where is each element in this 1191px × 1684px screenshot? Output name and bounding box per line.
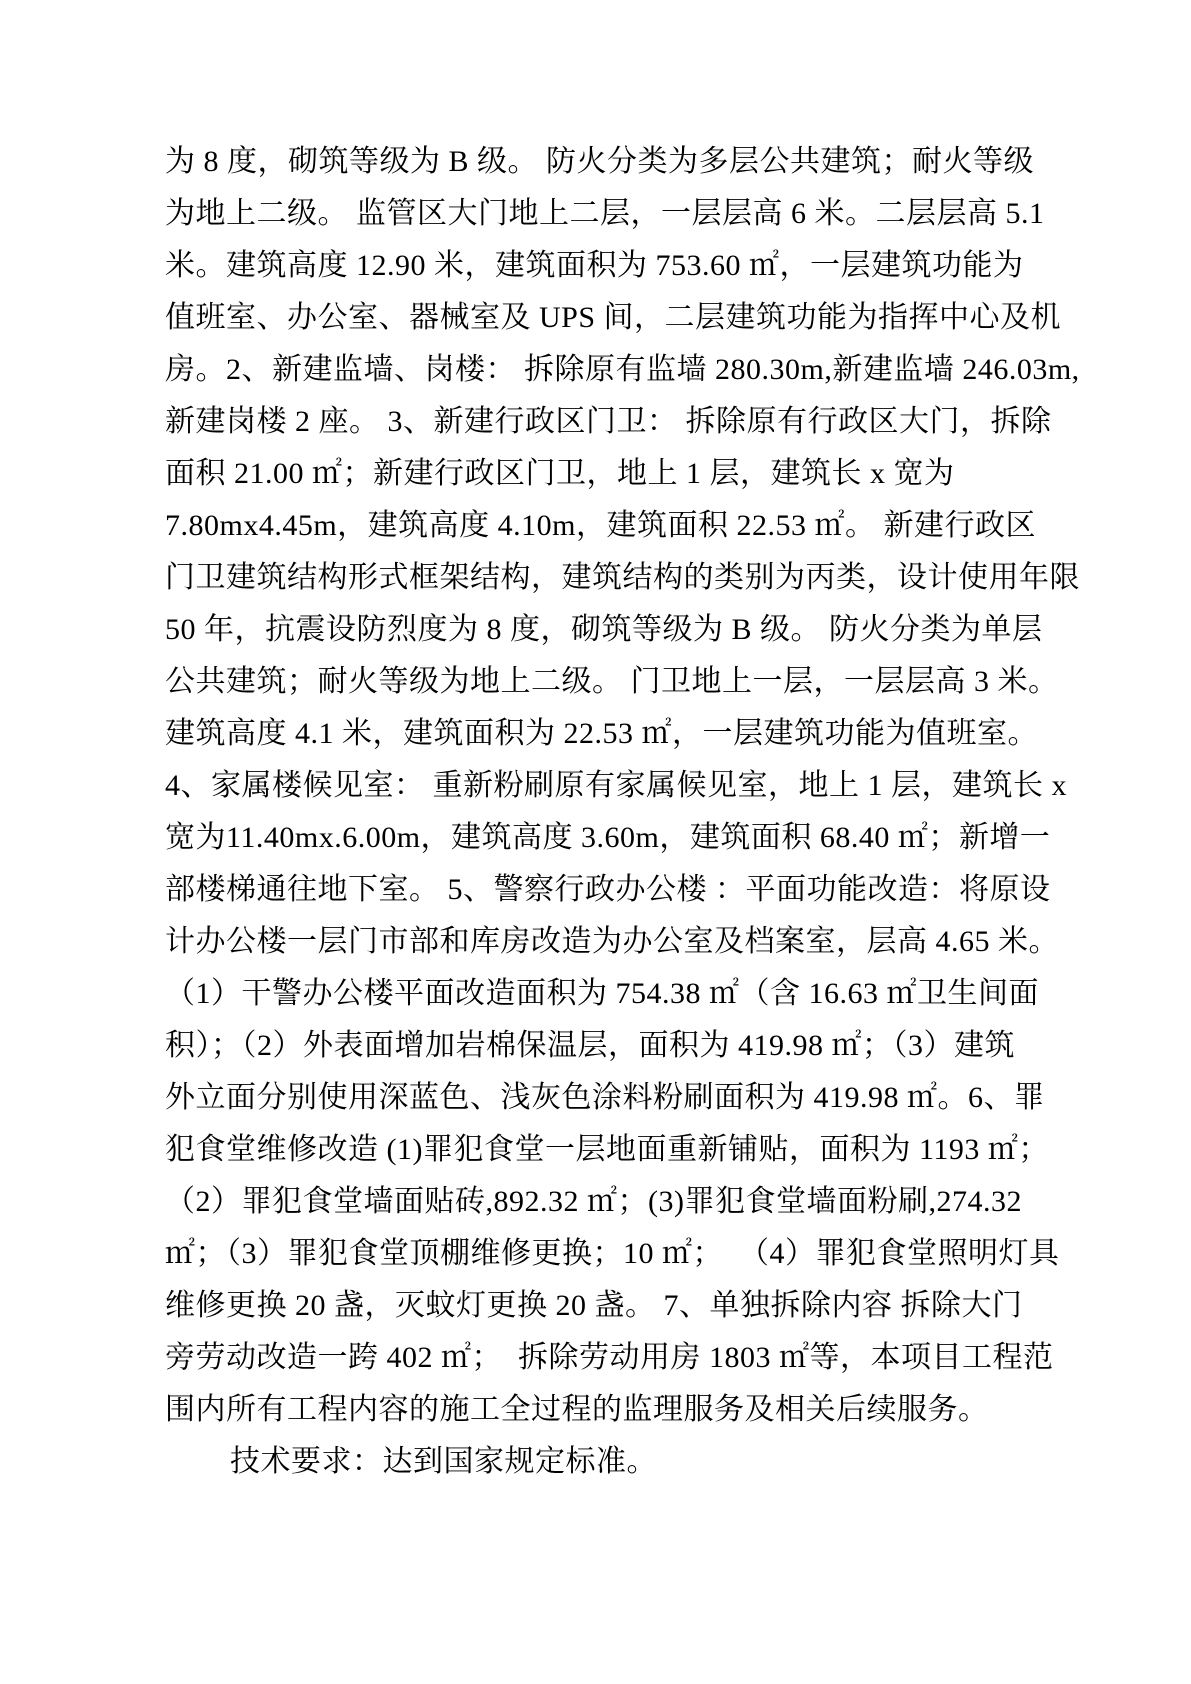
body-paragraph: 为 8 度，砌筑等级为 B 级。 防火分类为多层公共建筑；耐火等级为地上二级。 … (165, 136, 1045, 1436)
body-text-line: 公共建筑；耐火等级为地上二级。 门卫地上一层，一层层高 3 米。 (165, 656, 1045, 708)
document-page: 为 8 度，砌筑等级为 B 级。 防火分类为多层公共建筑；耐火等级为地上二级。 … (0, 0, 1191, 1684)
body-text-line: 新建岗楼 2 座。 3、新建行政区门卫： 拆除原有行政区大门，拆除 (165, 396, 1045, 448)
body-text-line: 积）；（2）外表面增加岩棉保温层，面积为 419.98 ㎡；（3）建筑 (165, 1020, 1045, 1072)
body-text-line: 维修更换 20 盏，灭蚊灯更换 20 盏。 7、单独拆除内容 拆除大门 (165, 1280, 1045, 1332)
document-body: 为 8 度，砌筑等级为 B 级。 防火分类为多层公共建筑；耐火等级为地上二级。 … (165, 136, 1045, 1488)
body-text-line: 值班室、办公室、器械室及 UPS 间，二层建筑功能为指挥中心及机 (165, 292, 1045, 344)
body-text-line: 围内所有工程内容的施工全过程的监理服务及相关后续服务。 (165, 1384, 1045, 1436)
body-text-line: 犯食堂维修改造 (1)罪犯食堂一层地面重新铺贴，面积为 1193 ㎡； (165, 1124, 1045, 1176)
body-text-line: 7.80mx4.45m，建筑高度 4.10m，建筑面积 22.53 ㎡。 新建行… (165, 500, 1045, 552)
body-text-line: 面积 21.00 ㎡；新建行政区门卫，地上 1 层，建筑长 x 宽为 (165, 448, 1045, 500)
body-text-line: 计办公楼一层门市部和库房改造为办公室及档案室，层高 4.65 米。 (165, 916, 1045, 968)
body-text-line: 为地上二级。 监管区大门地上二层，一层层高 6 米。二层层高 5.1 (165, 188, 1045, 240)
body-text-line: 4、家属楼候见室： 重新粉刷原有家属候见室，地上 1 层，建筑长 x (165, 760, 1045, 812)
body-text-line: 米。建筑高度 12.90 米，建筑面积为 753.60 ㎡，一层建筑功能为 (165, 240, 1045, 292)
technical-requirements-paragraph: 技术要求：达到国家规定标准。 (165, 1436, 1045, 1488)
body-text-line: ㎡；（3）罪犯食堂顶棚维修更换；10 ㎡； （4）罪犯食堂照明灯具 (165, 1228, 1045, 1280)
body-text-line: 外立面分别使用深蓝色、浅灰色涂料粉刷面积为 419.98 ㎡。6、罪 (165, 1072, 1045, 1124)
body-text-line: 房。2、新建监墙、岗楼： 拆除原有监墙 280.30m,新建监墙 246.03m… (165, 344, 1045, 396)
body-text-line: 为 8 度，砌筑等级为 B 级。 防火分类为多层公共建筑；耐火等级 (165, 136, 1045, 188)
body-text-line: 部楼梯通往地下室。 5、警察行政办公楼 ：平面功能改造：将原设 (165, 864, 1045, 916)
body-text-line: （2）罪犯食堂墙面贴砖,892.32 ㎡；(3)罪犯食堂墙面粉刷,274.32 (165, 1176, 1045, 1228)
body-text-line: 50 年，抗震设防烈度为 8 度，砌筑等级为 B 级。 防火分类为单层 (165, 604, 1045, 656)
body-text-line: 建筑高度 4.1 米，建筑面积为 22.53 ㎡，一层建筑功能为值班室。 (165, 708, 1045, 760)
body-text-line: 宽为11.40mx.6.00m，建筑高度 3.60m，建筑面积 68.40 ㎡；… (165, 812, 1045, 864)
body-text-line: 旁劳动改造一跨 402 ㎡； 拆除劳动用房 1803 ㎡等，本项目工程范 (165, 1332, 1045, 1384)
body-text-line: （1）干警办公楼平面改造面积为 754.38 ㎡（含 16.63 ㎡卫生间面 (165, 968, 1045, 1020)
body-text-line: 门卫建筑结构形式框架结构，建筑结构的类别为丙类，设计使用年限 (165, 552, 1045, 604)
